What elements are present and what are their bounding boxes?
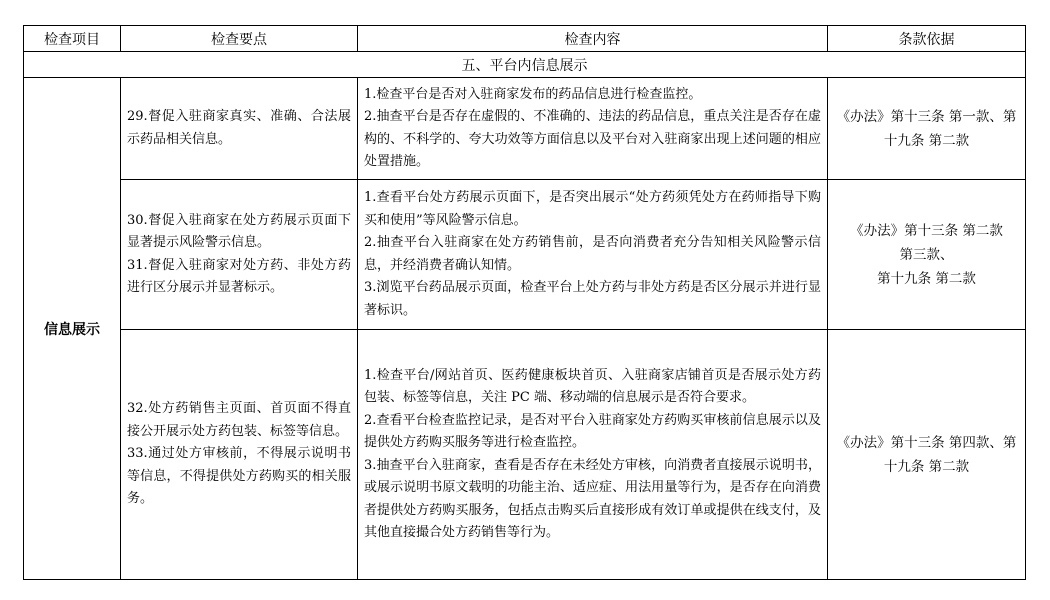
header-inspection-item: 检查项目 bbox=[24, 26, 121, 52]
inspection-table: 检查项目 检查要点 检查内容 条款依据 五、平台内信息展示 信息展示 29.督促… bbox=[23, 25, 1026, 580]
basis-text: 《办法》第十三条 第四款、第十九条 第二款 bbox=[834, 431, 1019, 479]
content-cell: 1.检查平台/网站首页、医药健康板块首页、入驻商家店铺首页是否展示处方药包装、标… bbox=[358, 330, 828, 580]
basis-text: 《办法》第十三条 第一款、第十九条 第二款 bbox=[834, 105, 1019, 153]
basis-cell: 《办法》第十三条 第二款 第三款、 第十九条 第二款 bbox=[828, 180, 1026, 330]
content-item: 1.检查平台是否对入驻商家发布的药品信息进行检查监控。 bbox=[364, 84, 821, 107]
content-item: 2.抽查平台是否存在虚假的、不准确的、违法的药品信息，重点关注是否存在虚构的、不… bbox=[364, 106, 821, 174]
content-item: 2.查看平台检查监控记录，是否对平台入驻商家处方药购买审核前信息展示以及提供处方… bbox=[364, 410, 821, 455]
content-item: 3.浏览平台药品展示页面，检查平台上处方药与非处方药是否区分展示并进行显著标识。 bbox=[364, 277, 821, 322]
content-item: 3.抽查平台入驻商家，查看是否存在未经处方审核，向消费者直接展示说明书，或展示说… bbox=[364, 455, 821, 545]
content-cell: 1.检查平台是否对入驻商家发布的药品信息进行检查监控。 2.抽查平台是否存在虚假… bbox=[358, 78, 828, 180]
table-row: 信息展示 29.督促入驻商家真实、准确、合法展示药品相关信息。 1.检查平台是否… bbox=[24, 78, 1026, 180]
table-row: 30.督促入驻商家在处方药展示页面下显著提示风险警示信息。 31.督促入驻商家对… bbox=[24, 180, 1026, 330]
basis-text: 第十九条 第二款 bbox=[834, 267, 1019, 291]
section-title: 五、平台内信息展示 bbox=[24, 52, 1026, 78]
point-item: 29.督促入驻商家真实、准确、合法展示药品相关信息。 bbox=[127, 106, 351, 151]
point-item: 33.通过处方审核前，不得展示说明书等信息，不得提供处方药购买的相关服务。 bbox=[127, 443, 351, 511]
point-item: 30.督促入驻商家在处方药展示页面下显著提示风险警示信息。 bbox=[127, 210, 351, 255]
point-item: 31.督促入驻商家对处方药、非处方药进行区分展示并显著标示。 bbox=[127, 255, 351, 300]
basis-text: 第三款、 bbox=[834, 243, 1019, 267]
table-row: 32.处方药销售主页面、首页面不得直接公开展示处方药包装、标签等信息。 33.通… bbox=[24, 330, 1026, 580]
header-row: 检查项目 检查要点 检查内容 条款依据 bbox=[24, 26, 1026, 52]
basis-text: 《办法》第十三条 第二款 bbox=[834, 219, 1019, 243]
points-cell: 30.督促入驻商家在处方药展示页面下显著提示风险警示信息。 31.督促入驻商家对… bbox=[121, 180, 358, 330]
points-cell: 29.督促入驻商家真实、准确、合法展示药品相关信息。 bbox=[121, 78, 358, 180]
content-cell: 1.查看平台处方药展示页面下，是否突出展示“处方药须凭处方在药师指导下购买和使用… bbox=[358, 180, 828, 330]
basis-cell: 《办法》第十三条 第四款、第十九条 第二款 bbox=[828, 330, 1026, 580]
category-cell: 信息展示 bbox=[24, 78, 121, 580]
points-cell: 32.处方药销售主页面、首页面不得直接公开展示处方药包装、标签等信息。 33.通… bbox=[121, 330, 358, 580]
content-item: 2.抽查平台入驻商家在处方药销售前，是否向消费者充分告知相关风险警示信息，并经消… bbox=[364, 232, 821, 277]
header-clause-basis: 条款依据 bbox=[828, 26, 1026, 52]
section-row: 五、平台内信息展示 bbox=[24, 52, 1026, 78]
basis-cell: 《办法》第十三条 第一款、第十九条 第二款 bbox=[828, 78, 1026, 180]
point-item: 32.处方药销售主页面、首页面不得直接公开展示处方药包装、标签等信息。 bbox=[127, 398, 351, 443]
header-inspection-points: 检查要点 bbox=[121, 26, 358, 52]
header-inspection-content: 检查内容 bbox=[358, 26, 828, 52]
content-item: 1.查看平台处方药展示页面下，是否突出展示“处方药须凭处方在药师指导下购买和使用… bbox=[364, 187, 821, 232]
content-item: 1.检查平台/网站首页、医药健康板块首页、入驻商家店铺首页是否展示处方药包装、标… bbox=[364, 365, 821, 410]
